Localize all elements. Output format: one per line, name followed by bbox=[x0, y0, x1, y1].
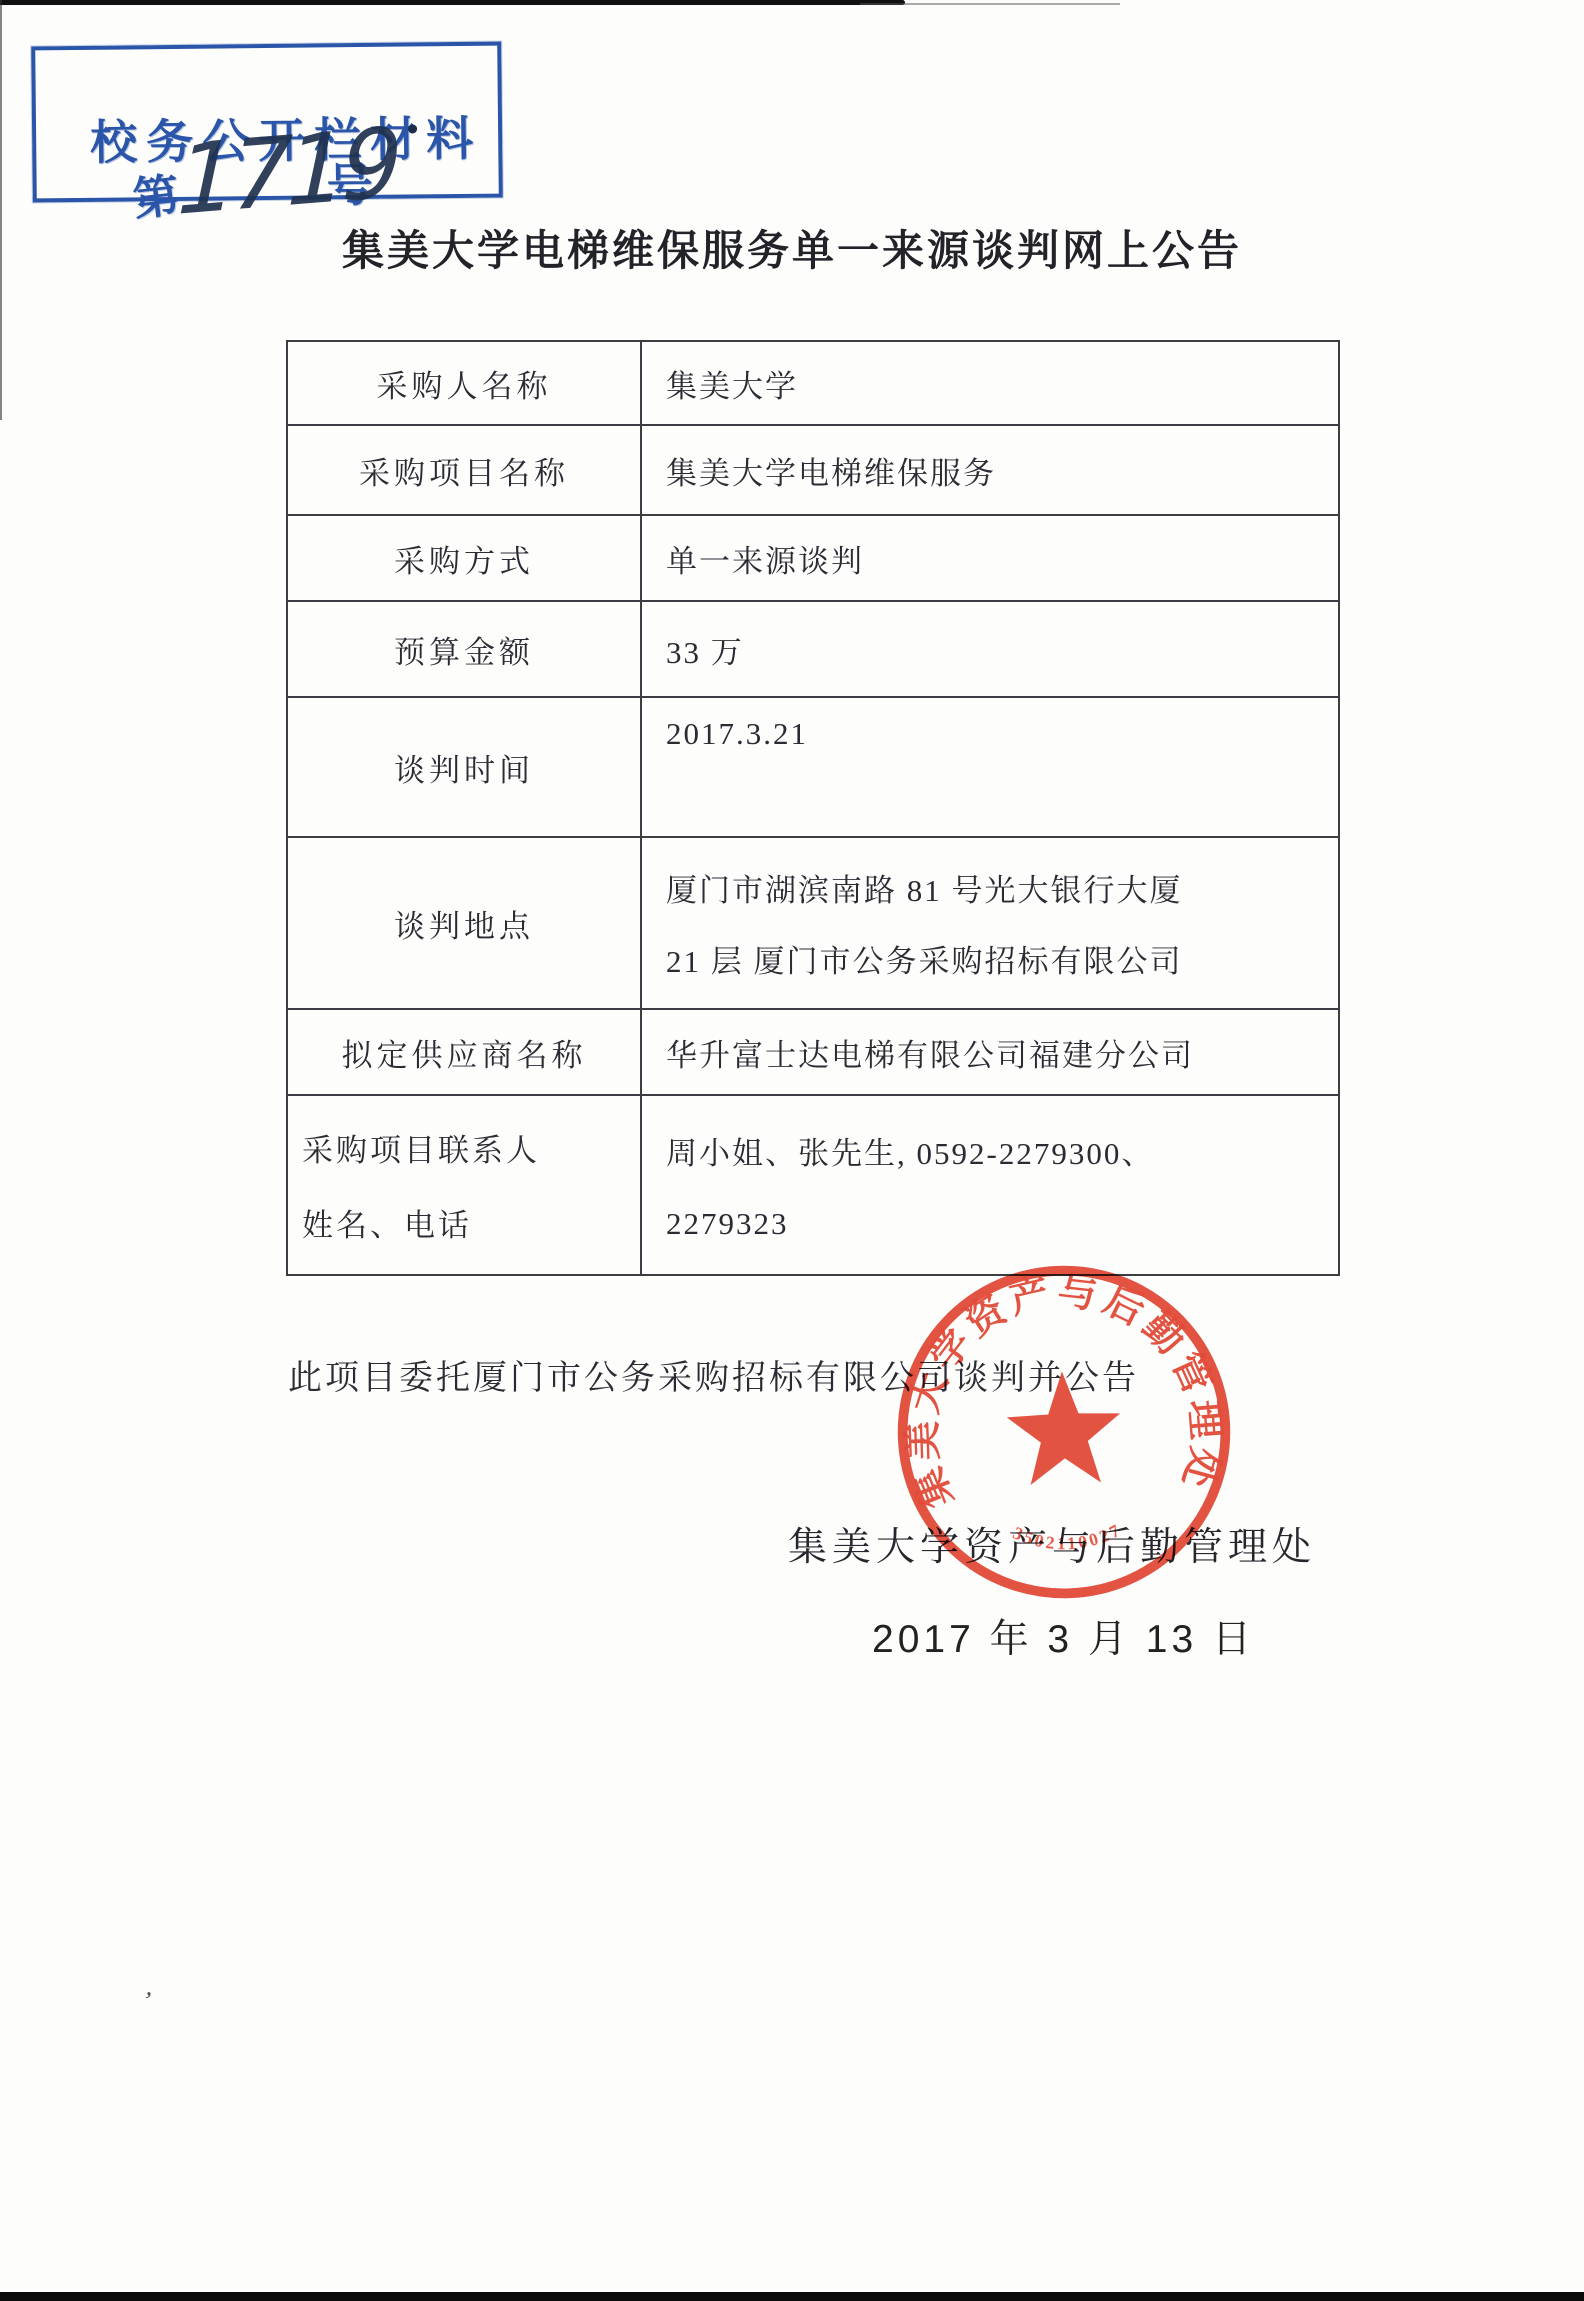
scan-artifact-top-edge-faint bbox=[860, 3, 1120, 5]
label-text-line2: 姓名、电话 bbox=[302, 1200, 472, 1245]
label-text: 谈判时间 bbox=[394, 745, 534, 790]
scan-artifact-top-edge bbox=[0, 0, 905, 5]
table-value-supplier: 华升富士达电梯有限公司福建分公司 bbox=[642, 1010, 1338, 1096]
table-label-contact: 采购项目联系人 姓名、电话 bbox=[288, 1096, 642, 1274]
table-label-project-name: 采购项目名称 bbox=[288, 426, 642, 516]
value-text: 33 万 bbox=[666, 627, 744, 672]
table-value-method: 单一来源谈判 bbox=[642, 516, 1338, 602]
table-value-contact: 周小姐、张先生, 0592-2279300、 2279323 bbox=[642, 1096, 1338, 1274]
table-value-project-name: 集美大学电梯维保服务 bbox=[642, 426, 1338, 516]
official-red-seal: 集美大学资产与后勤管理处 3502110027 bbox=[882, 1250, 1246, 1614]
handwritten-ink-dot bbox=[408, 124, 417, 133]
value-text: 单一来源谈判 bbox=[666, 536, 864, 581]
value-text-line1: 厦门市湖滨南路 81 号光大银行大厦 bbox=[666, 865, 1183, 910]
value-text-line2: 2279323 bbox=[666, 1206, 789, 1242]
label-text: 采购方式 bbox=[394, 536, 534, 581]
scan-artifact-bottom-edge bbox=[0, 2292, 1584, 2301]
label-text: 采购人名称 bbox=[377, 361, 552, 406]
table-value-budget: 33 万 bbox=[642, 602, 1338, 698]
value-text-line2: 21 层 厦门市公务采购招标有限公司 bbox=[666, 936, 1183, 981]
signature-date: 2017 年 3 月 13 日 bbox=[872, 1608, 1255, 1664]
table-label-negotiation-time: 谈判时间 bbox=[288, 698, 642, 838]
label-text: 预算金额 bbox=[394, 627, 534, 672]
table-value-negotiation-time: 2017.3.21 bbox=[642, 698, 1338, 838]
label-text-line1: 采购项目联系人 bbox=[302, 1125, 540, 1170]
scanned-document-page: ‚ 校务公开栏材料 第 号 1719 集美大学电梯维保服务单一来源谈判网上公告 … bbox=[0, 0, 1584, 2301]
registry-stamp-box: 校务公开栏材料 第 号 1719 bbox=[31, 42, 503, 203]
label-text: 拟定供应商名称 bbox=[342, 1030, 587, 1075]
table-label-supplier: 拟定供应商名称 bbox=[288, 1010, 642, 1096]
value-text: 集美大学电梯维保服务 bbox=[666, 448, 996, 493]
value-text: 华升富士达电梯有限公司福建分公司 bbox=[666, 1030, 1194, 1075]
document-title: 集美大学电梯维保服务单一来源谈判网上公告 bbox=[0, 218, 1584, 278]
table-label-budget: 预算金额 bbox=[288, 602, 642, 698]
procurement-info-table: 采购人名称 集美大学 采购项目名称 集美大学电梯维保服务 采购方式 单一来源谈判… bbox=[286, 340, 1340, 1276]
seal-number: 3502110027 bbox=[1009, 1519, 1126, 1556]
label-text: 采购项目名称 bbox=[359, 448, 569, 493]
table-label-method: 采购方式 bbox=[288, 516, 642, 602]
seal-star-icon bbox=[1005, 1369, 1122, 1485]
table-value-negotiation-place: 厦门市湖滨南路 81 号光大银行大厦 21 层 厦门市公务采购招标有限公司 bbox=[642, 838, 1338, 1010]
table-value-purchaser: 集美大学 bbox=[642, 342, 1338, 426]
label-text: 谈判地点 bbox=[394, 901, 534, 946]
table-label-negotiation-place: 谈判地点 bbox=[288, 838, 642, 1010]
value-text: 集美大学 bbox=[666, 361, 798, 406]
svg-text:3502110027: 3502110027 bbox=[1009, 1519, 1126, 1556]
table-label-purchaser: 采购人名称 bbox=[288, 342, 642, 426]
scan-artifact-ink-speck: ‚ bbox=[143, 1971, 158, 2002]
value-text-line1: 周小姐、张先生, 0592-2279300、 bbox=[666, 1128, 1154, 1173]
value-text: 2017.3.21 bbox=[666, 716, 808, 752]
scan-artifact-left-edge bbox=[0, 0, 2, 420]
